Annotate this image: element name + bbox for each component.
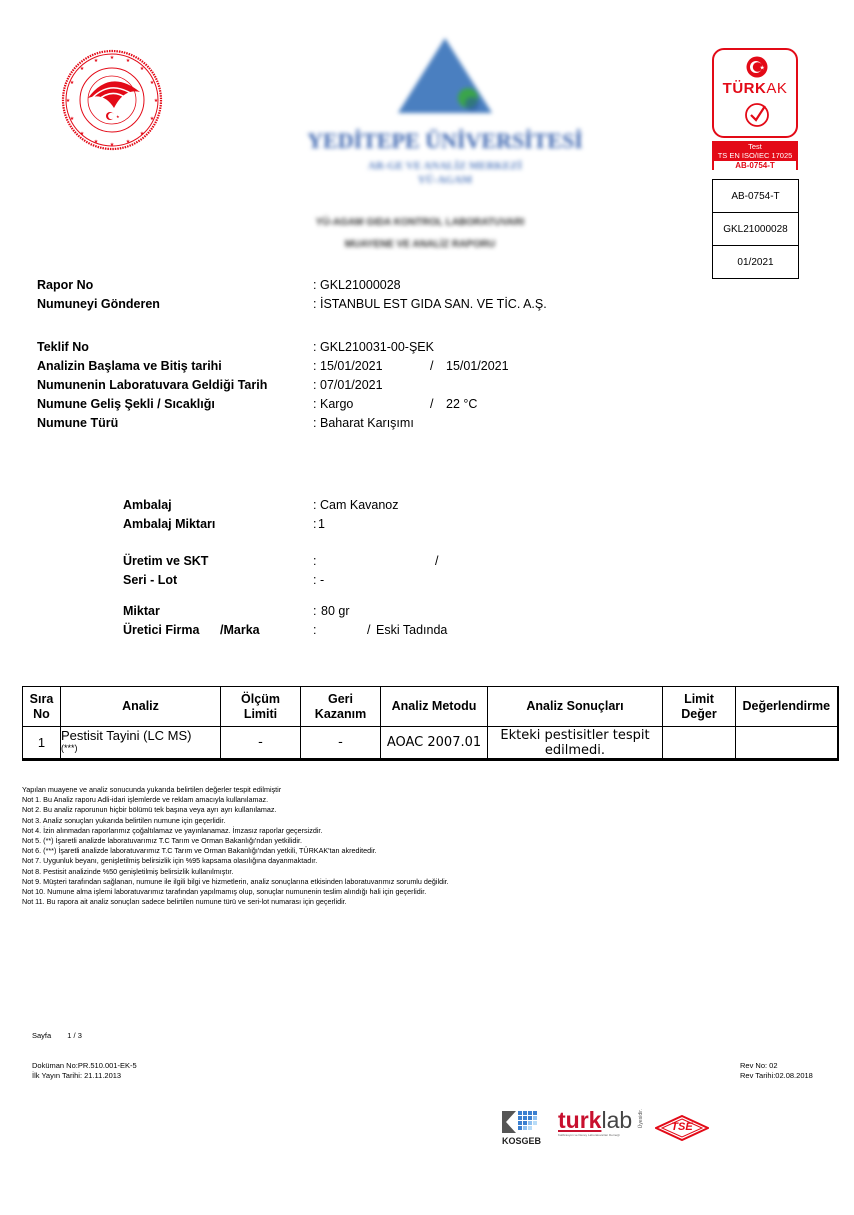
- revision-info: Rev No: 02 Rev Tarihi:02.08.2018: [740, 1061, 813, 1081]
- svg-text:★: ★: [80, 131, 85, 137]
- table-header-row: SıraNo Analiz ÖlçümLimiti GeriKazanım An…: [23, 687, 838, 727]
- sicaklik-value: 22 °C: [446, 397, 477, 412]
- cell-metod: AOAC 2007.01: [381, 727, 488, 760]
- svg-text:★: ★: [150, 80, 155, 86]
- cell-limit: [663, 727, 736, 760]
- checkmark-circle-icon: [744, 102, 770, 128]
- svg-text:★: ★: [80, 66, 85, 72]
- gonderen-value: İSTANBUL EST GIDA SAN. VE TİC. A.Ş.: [320, 297, 547, 312]
- col-header-metod: Analiz Metodu: [381, 687, 488, 727]
- svg-text:★: ★: [760, 65, 765, 72]
- teklif-no-value: GKL210031-00-ŞEK: [320, 340, 434, 355]
- cell-analiz: Pestisit Tayini (LC MS) (***): [61, 727, 221, 760]
- note-item: Not 11. Bu rapora ait analiz sonuçları s…: [22, 897, 449, 907]
- document-number: Doküman No:PR.510.001-EK-5: [32, 1061, 137, 1071]
- kosgeb-logo: KOSGEB: [502, 1111, 552, 1147]
- note-intro: Yapılan muayene ve analiz sonucunda yuka…: [22, 785, 449, 795]
- cell-olcum-limiti: -: [221, 727, 301, 760]
- turklab-logo: turklab Kalibrasyon ve Deney Laboratuvar…: [558, 1107, 648, 1147]
- note-item: Not 10. Numune alma işlemi laboratuvarım…: [22, 887, 449, 897]
- note-item: Not 7. Uygunluk beyanı, genişletilmiş be…: [22, 856, 449, 866]
- turkak-logo: ★ TÜRKAK: [712, 48, 798, 138]
- numune-turu-value: Baharat Karışımı: [320, 416, 414, 431]
- university-name: YEDİTEPE ÜNİVERSİTESİ: [300, 128, 590, 154]
- svg-text:★: ★: [110, 142, 115, 148]
- svg-text:★: ★: [70, 116, 75, 122]
- report-period-box: 01/2021: [713, 246, 799, 279]
- svg-text:★: ★: [116, 114, 120, 119]
- svg-text:★: ★: [110, 55, 115, 61]
- svg-text:★: ★: [150, 116, 155, 122]
- partner-logos: KOSGEB turklab Kalibrasyon ve Deney Labo…: [500, 1107, 720, 1149]
- ambalaj-value: Cam Kavanoz: [320, 498, 399, 513]
- svg-text:★: ★: [140, 131, 145, 137]
- svg-text:★: ★: [94, 58, 99, 64]
- rapor-no-value: GKL21000028: [320, 278, 401, 293]
- svg-text:★: ★: [66, 98, 71, 104]
- svg-text:★: ★: [126, 58, 131, 64]
- turkak-name-secondary: AK: [766, 80, 787, 97]
- svg-text:★: ★: [154, 98, 159, 104]
- marka-value: Eski Tadında: [376, 623, 447, 638]
- turkak-accreditation-badge: ★ TÜRKAK Test TS EN ISO/IEC 17025 AB-075…: [712, 48, 800, 171]
- note-item: Not 8. Pestisit analizinde %50 genişleti…: [22, 867, 449, 877]
- col-header-sira: SıraNo: [23, 687, 61, 727]
- ambalaj-miktari-value: 1: [318, 517, 325, 532]
- page-number: 1 / 3: [67, 1031, 82, 1040]
- turkak-name-primary: TÜRK: [723, 80, 767, 97]
- page-indicator: Sayfa 1 / 3: [32, 1031, 82, 1041]
- cell-sira: 1: [23, 727, 61, 760]
- revision-number: Rev No: 02: [740, 1061, 813, 1071]
- tse-logo: TSE: [655, 1115, 709, 1141]
- lab-title-line1: YÜ-AGAM GIDA KONTROL LABORATUVARI: [240, 212, 600, 234]
- gelis-sekli-value: Kargo: [320, 397, 353, 412]
- lab-title: YÜ-AGAM GIDA KONTROL LABORATUVARI MUAYEN…: [240, 212, 600, 256]
- note-item: Not 4. İzin alınmadan raporlarımız çoğal…: [22, 826, 449, 836]
- crescent-star-icon: ★: [746, 56, 768, 78]
- col-header-olcum-limiti: ÖlçümLimiti: [221, 687, 301, 727]
- turkak-band: Test TS EN ISO/IEC 17025 AB-0754-T: [712, 141, 798, 170]
- turkak-standard: TS EN ISO/IEC 17025: [712, 151, 798, 160]
- analiz-start-value: 15/01/2021: [320, 359, 383, 374]
- seri-lot-value: -: [320, 573, 324, 588]
- col-header-limit-deger: LimitDeğer: [663, 687, 736, 727]
- first-publish-date: İlk Yayın Tarihi: 21.11.2013: [32, 1071, 137, 1081]
- svg-text:★: ★: [140, 66, 145, 72]
- university-subtitle: AR-GE VE ANALİZ MERKEZİ: [300, 160, 590, 172]
- report-number-box: GKL21000028: [713, 213, 799, 246]
- turkak-test-label: Test: [712, 142, 798, 151]
- revision-date: Rev Tarihi:02.08.2018: [740, 1071, 813, 1081]
- accreditation-box: AB-0754-T GKL21000028 01/2021: [712, 179, 799, 279]
- document-info: Doküman No:PR.510.001-EK-5 İlk Yayın Tar…: [32, 1061, 137, 1081]
- note-item: Not 2. Bu analiz raporunun hiçbir bölümü…: [22, 805, 449, 815]
- gelis-tarih-value: 07/01/2021: [320, 378, 383, 393]
- svg-text:★: ★: [126, 139, 131, 145]
- university-logo: YEDİTEPE ÜNİVERSİTESİ AR-GE VE ANALİZ ME…: [300, 30, 590, 200]
- svg-text:★: ★: [94, 139, 99, 145]
- col-header-sonuc: Analiz Sonuçları: [488, 687, 663, 727]
- note-item: Not 3. Analiz sonuçları yukarıda belirti…: [22, 816, 449, 826]
- cell-geri-kazanim: -: [301, 727, 381, 760]
- lab-title-line2: MUAYENE VE ANALİZ RAPORU: [240, 234, 600, 256]
- accreditation-code: AB-0754-T: [713, 180, 799, 213]
- notes-section: Yapılan muayene ve analiz sonucunda yuka…: [22, 785, 449, 907]
- note-item: Not 5. (**) İşaretli analizde laboratuva…: [22, 836, 449, 846]
- note-item: Not 6. (***) İşaretli analizde laboratuv…: [22, 846, 449, 856]
- ministry-seal-logo: ★★ ★★ ★★ ★★ ★★ ★★ ★★ ★★ ★: [60, 48, 164, 152]
- page-label: Sayfa: [32, 1031, 51, 1040]
- note-item: Not 9. Müşteri tarafından sağlanan, numu…: [22, 877, 449, 887]
- results-table: SıraNo Analiz ÖlçümLimiti GeriKazanım An…: [22, 686, 839, 761]
- col-header-geri-kazanim: GeriKazanım: [301, 687, 381, 727]
- cell-degerlendirme: [736, 727, 838, 760]
- turkak-code: AB-0754-T: [714, 161, 796, 170]
- note-item: Not 1. Bu Analiz raporu Adli-idari işlem…: [22, 795, 449, 805]
- svg-text:★: ★: [70, 80, 75, 86]
- miktar-value: 80 gr: [321, 604, 350, 619]
- university-abbrev: YÜ-AGAM: [300, 174, 590, 186]
- col-header-analiz: Analiz: [61, 687, 221, 727]
- table-row: 1 Pestisit Tayini (LC MS) (***) - - AOAC…: [23, 727, 838, 760]
- cell-sonuc: Ekteki pestisitler tespit edilmedi.: [488, 727, 663, 760]
- analiz-end-value: 15/01/2021: [446, 359, 509, 374]
- col-header-degerlendirme: Değerlendirme: [736, 687, 838, 727]
